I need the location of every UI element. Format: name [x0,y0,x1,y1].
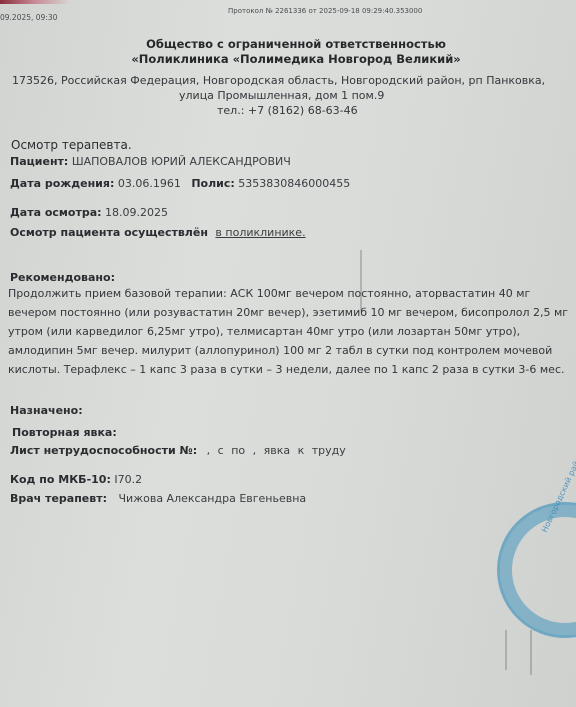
paper-streak [360,250,362,310]
organization-name-line1: Общество с ограниченной ответственностью [8,37,576,51]
exam-title: Осмотр терапевта. [11,138,132,152]
dob-value: 03.06.1961 [118,177,181,190]
exam-place-label: Осмотр пациента осуществлён [10,226,208,239]
icd-label: Код по МКБ-10: [10,473,111,486]
protocol-number: Протокол № 2261336 от 2025-09-18 09:29:4… [228,7,422,15]
paper-streak [530,630,532,675]
clinic-stamp [497,502,576,638]
patient-label: Пациент: [10,155,68,168]
patient-row: Пациент: ШАПОВАЛОВ ЮРИЙ АЛЕКСАНДРОВИЧ [10,155,291,168]
exam-place-value: в поликлинике. [215,226,305,239]
exam-date-value: 18.09.2025 [105,206,168,219]
sick-leave-row: Лист нетрудоспособности №: , с по , явка… [10,444,346,457]
patient-name: ШАПОВАЛОВ ЮРИЙ АЛЕКСАНДРОВИЧ [72,155,291,168]
paper-streak [505,630,507,670]
print-date: 09.2025, 09:30 [0,13,57,22]
organization-name-line2: «Поликлиника «Полимедика Новгород Велики… [8,52,576,66]
revisit-label: Повторная явка: [12,426,117,439]
exam-place-row: Осмотр пациента осуществлён в поликлиник… [10,226,306,239]
organization-phone: тел.: +7 (8162) 68-63-46 [217,104,358,117]
organization-address-line1: 173526, Российская Федерация, Новгородск… [12,74,545,87]
sick-leave-value: , с по , явка к труду [207,444,346,457]
exam-date-label: Дата осмотра: [10,206,102,219]
dob-label: Дата рождения: [10,177,114,190]
recommendations-text: Продолжить прием базовой терапии: АСК 10… [8,284,574,379]
sick-leave-label: Лист нетрудоспособности №: [10,444,197,457]
exam-date-row: Дата осмотра: 18.09.2025 [10,206,168,219]
doctor-name: Чижова Александра Евгеньевна [119,492,307,505]
policy-label: Полис: [191,177,234,190]
recommendations-label: Рекомендовано: [10,271,115,284]
policy-value: 5353830846000455 [238,177,350,190]
icd-row: Код по МКБ-10: I70.2 [10,473,142,486]
assigned-label: Назначено: [10,404,83,417]
organization-address-line2: улица Промышленная, дом 1 пом.9 [179,89,384,102]
icd-value: I70.2 [114,473,142,486]
doctor-label: Врач терапевт: [10,492,107,505]
doctor-row: Врач терапевт: Чижова Александра Евгенье… [10,492,306,505]
top-color-band [0,0,70,4]
dob-row: Дата рождения: 03.06.1961 Полис: 5353830… [10,177,350,190]
